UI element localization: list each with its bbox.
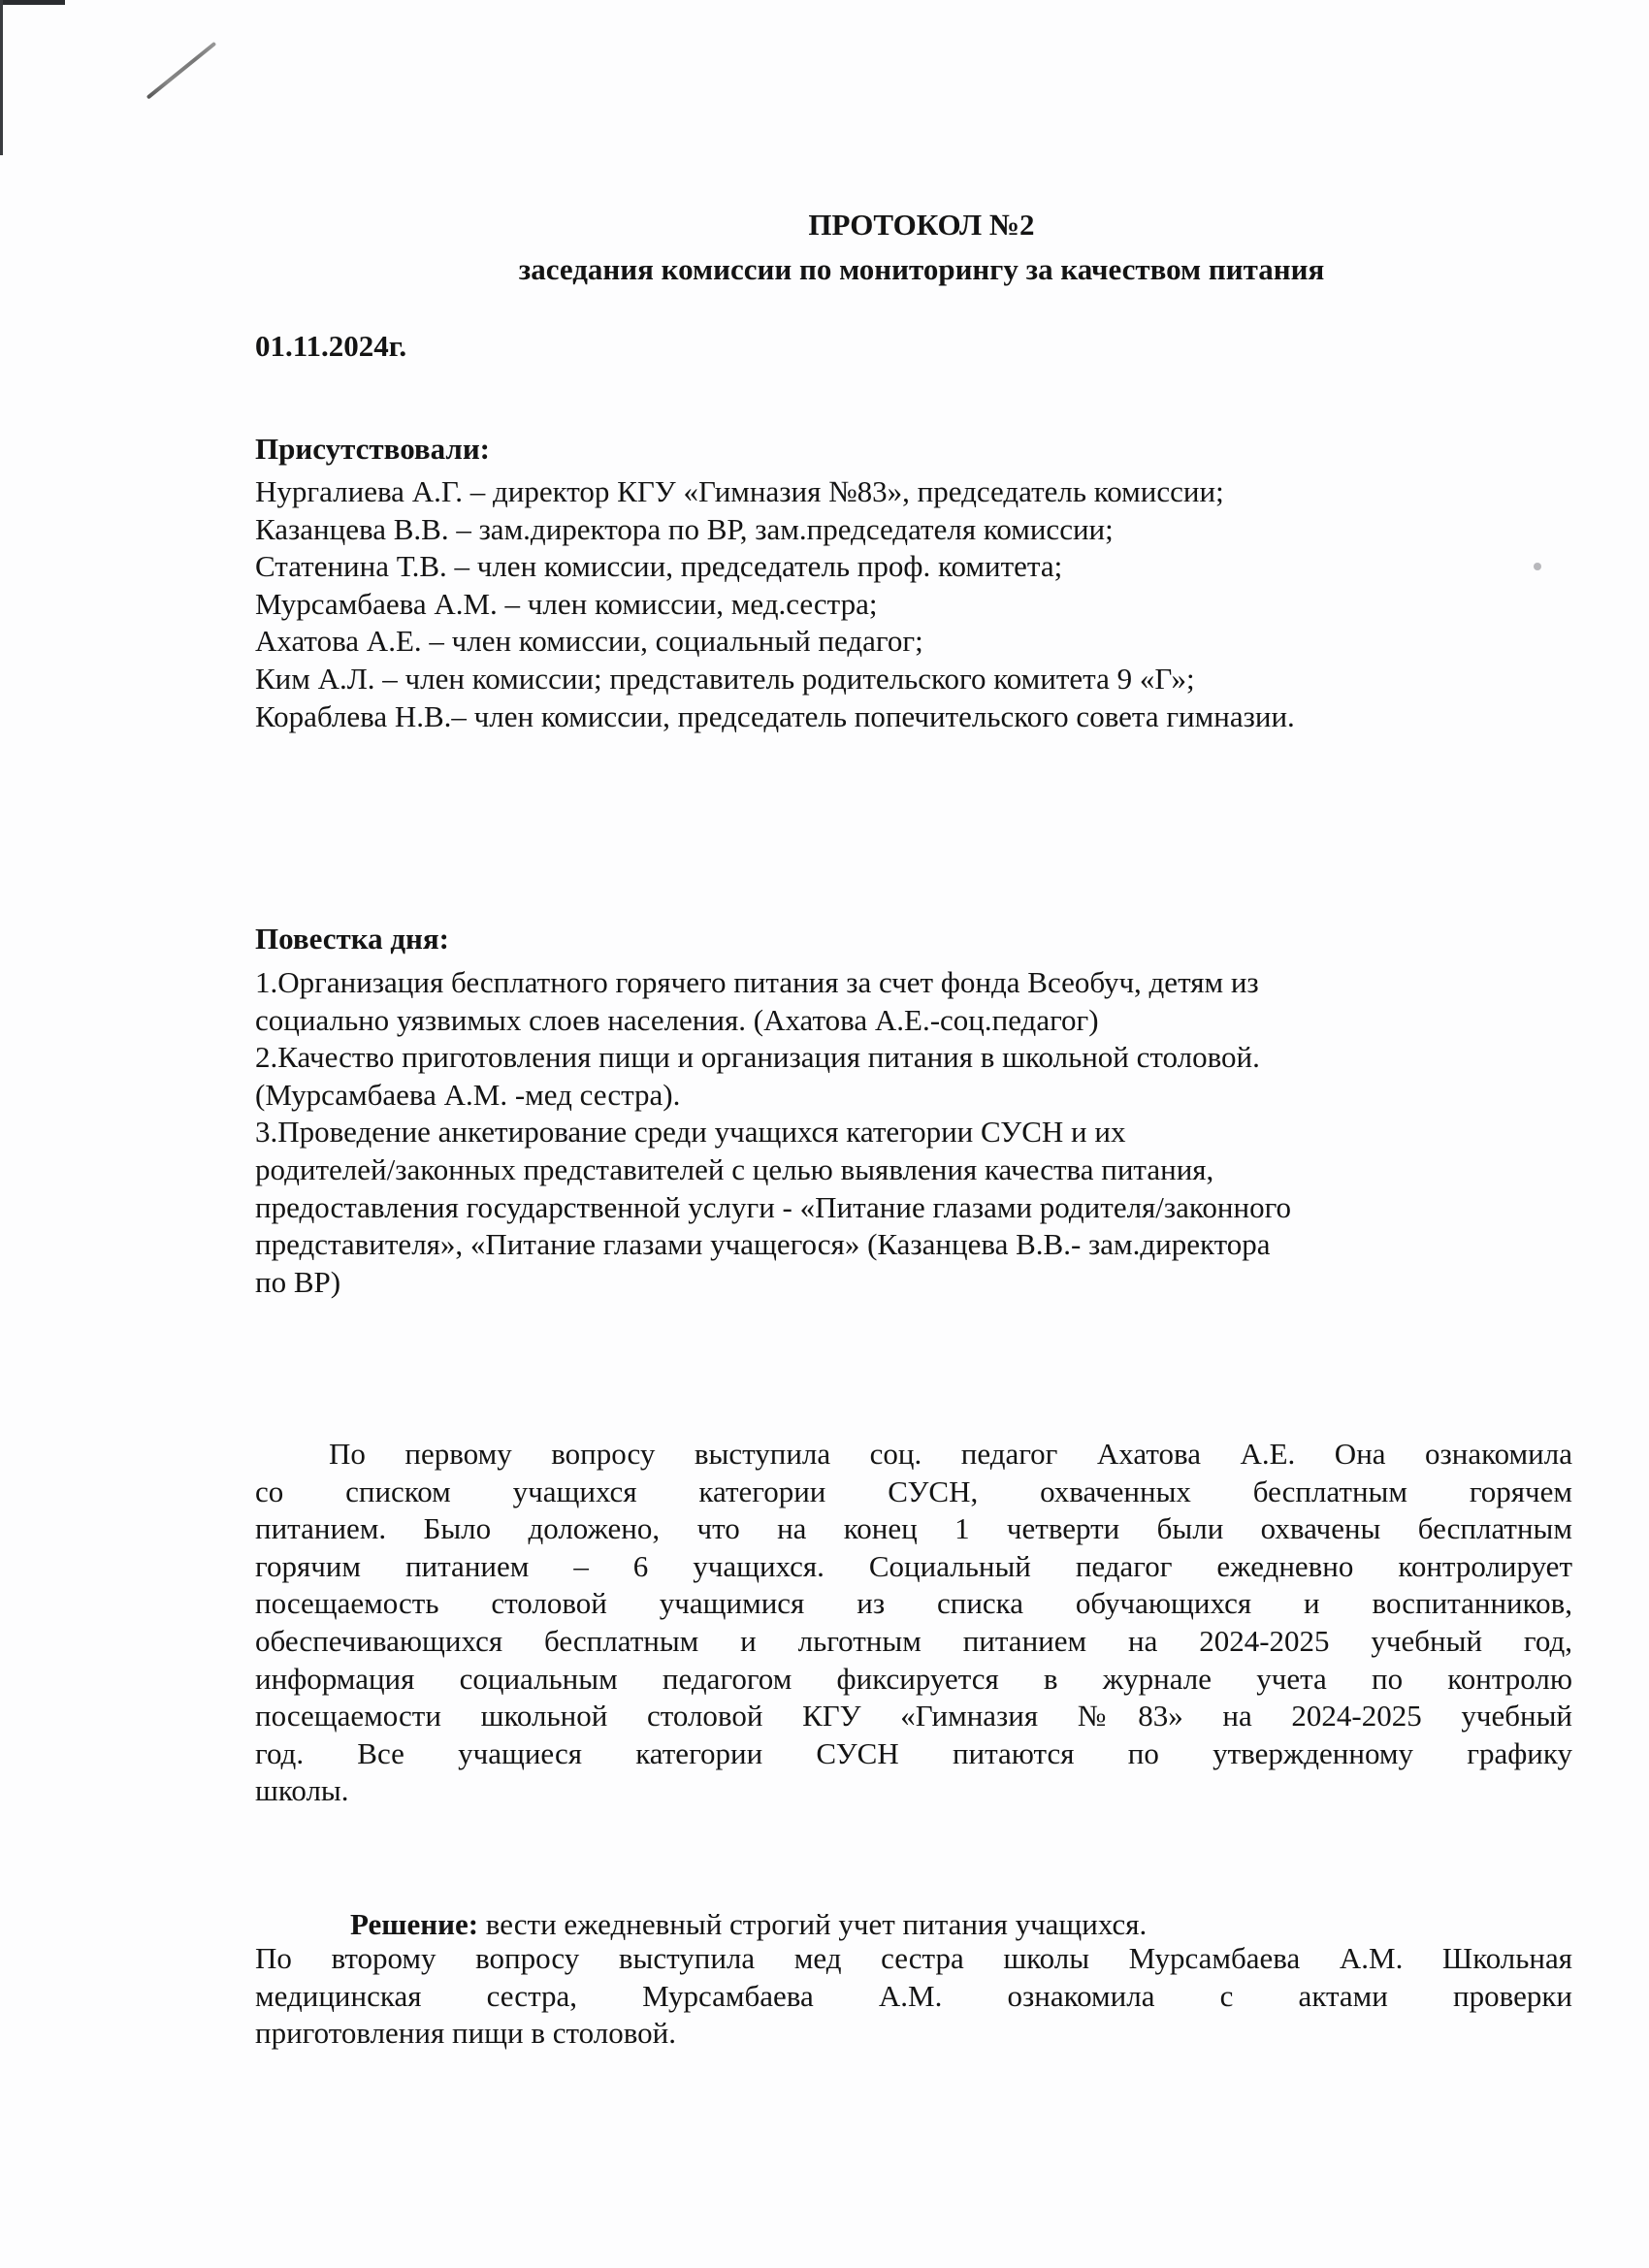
- attendees-list: Нургалиева А.Г. – директор КГУ «Гимназия…: [255, 473, 1584, 735]
- agenda-heading: Повестка дня:: [255, 923, 449, 954]
- paragraph-line: По второму вопросу выступила мед сестра …: [255, 1940, 1572, 1978]
- paragraph-line: посещаемости школьной столовой КГУ «Гимн…: [255, 1698, 1572, 1735]
- paragraph-line: питанием. Было доложено, что на конец 1 …: [255, 1510, 1572, 1548]
- paragraph-line: обеспечивающихся бесплатным и льготным п…: [255, 1623, 1572, 1661]
- paragraph-line: горячим питанием – 6 учащихся. Социальны…: [255, 1548, 1572, 1586]
- paragraph-line: посещаемость столовой учащимися из списк…: [255, 1585, 1572, 1623]
- paragraph-line: По первому вопросу выступила соц. педаго…: [255, 1436, 1572, 1474]
- attendee-item: Мурсамбаева А.М. – член комиссии, мед.се…: [255, 586, 1584, 624]
- agenda-line: по ВР): [255, 1264, 1584, 1302]
- attendee-item: Нургалиева А.Г. – директор КГУ «Гимназия…: [255, 473, 1584, 511]
- agenda-line: (Мурсамбаева А.М. -мед сестра).: [255, 1077, 1584, 1115]
- paragraph-line: информация социальным педагогом фиксируе…: [255, 1661, 1572, 1699]
- attendee-item: Статенина Т.В. – член комиссии, председа…: [255, 548, 1584, 586]
- scan-border: [0, 0, 3, 155]
- agenda-line: социально уязвимых слоев населения. (Аха…: [255, 1002, 1584, 1040]
- attendee-item: Кораблева Н.В.– член комиссии, председат…: [255, 698, 1584, 736]
- second-question-paragraph: По второму вопросу выступила мед сестра …: [255, 1940, 1572, 2053]
- paragraph-line: год. Все учащиеся категории СУСН питаютс…: [255, 1735, 1572, 1773]
- attendee-item: Ким А.Л. – член комиссии; представитель …: [255, 661, 1584, 698]
- agenda-line: 1.Организация бесплатного горячего питан…: [255, 964, 1584, 1002]
- decision-label: Решение:: [350, 1907, 478, 1941]
- paragraph-line: со списком учащихся категории СУСН, охва…: [255, 1474, 1572, 1511]
- agenda-line: 3.Проведение анкетирование среди учащихс…: [255, 1114, 1584, 1151]
- document-date: 01.11.2024г.: [255, 331, 406, 361]
- paragraph-line: приготовления пищи в столовой.: [255, 2015, 1572, 2053]
- pen-mark: [146, 42, 216, 100]
- attendee-item: Казанцева В.В. – зам.директора по ВР, за…: [255, 511, 1584, 549]
- attendee-item: Ахатова А.Е. – член комиссии, социальный…: [255, 623, 1584, 661]
- paragraph-line: школы.: [255, 1772, 1572, 1810]
- agenda-list: 1.Организация бесплатного горячего питан…: [255, 964, 1584, 1301]
- document-title: ПРОТОКОЛ №2: [255, 210, 1588, 240]
- first-question-paragraph: По первому вопросу выступила соц. педаго…: [255, 1436, 1572, 1810]
- decision: Решение: вести ежедневный строгий учет п…: [350, 1909, 1147, 1939]
- document-subtitle: заседания комиссии по мониторингу за кач…: [255, 254, 1588, 284]
- scan-border: [0, 0, 65, 5]
- attendees-heading: Присутствовали:: [255, 434, 490, 464]
- agenda-line: родителей/законных представителей с цель…: [255, 1151, 1584, 1189]
- agenda-line: предоставления государственной услуги - …: [255, 1189, 1584, 1227]
- agenda-line: представителя», «Питание глазами учащего…: [255, 1226, 1584, 1264]
- paragraph-line: медицинская сестра, Мурсамбаева А.М. озн…: [255, 1978, 1572, 2016]
- agenda-line: 2.Качество приготовления пищи и организа…: [255, 1039, 1584, 1077]
- decision-text: вести ежедневный строгий учет питания уч…: [478, 1907, 1147, 1941]
